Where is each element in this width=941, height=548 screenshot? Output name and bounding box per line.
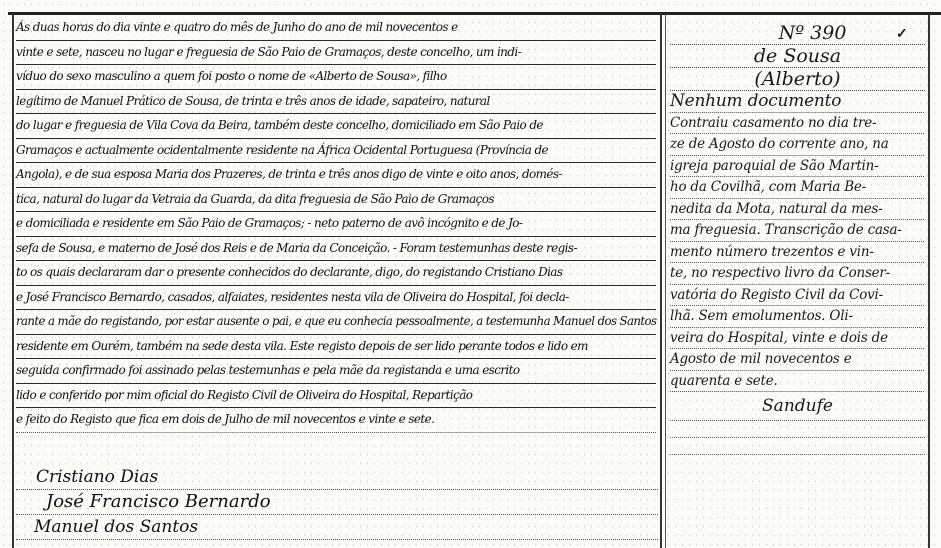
column-divider-inner: [665, 14, 666, 548]
margin-note-line: nedita da Mota, natural da mes-: [670, 199, 924, 221]
margin-note-line: lhã. Sem emolumentos. Oli-: [670, 306, 924, 328]
record-line: to os quais declararam dar o presente co…: [16, 261, 656, 286]
record-number: Nº 390: [670, 22, 925, 45]
right-border: [928, 14, 930, 548]
record-line: Gramaços e actualmente ocidentalmente re…: [16, 139, 656, 164]
record-line: seguida confirmado foi assinado pelas te…: [16, 359, 656, 384]
signature-witness-2: José Francisco Bernardo: [16, 490, 658, 515]
signature-declarant: Manuel dos Santos: [16, 515, 658, 540]
margin-note-line: ho da Covilhã, com Maria Be-: [670, 177, 924, 199]
record-line: sefa de Sousa, e materno de José dos Rei…: [16, 237, 656, 262]
registrar-signature: Sandufe: [670, 392, 925, 421]
record-line: lido e conferido por mim oficial do Regi…: [16, 384, 656, 409]
margin-note-line: ma freguesia. Transcrição de casa-: [670, 220, 924, 242]
record-line: Ás duas horas do dia vinte e quatro do m…: [16, 16, 656, 41]
record-line: e José Francisco Bernardo, casados, alfa…: [16, 286, 656, 311]
margin-note-line: quarenta e sete.: [670, 371, 924, 393]
record-line: tica, natural do lugar da Vetraia da Gua…: [16, 188, 656, 213]
record-line: legítimo de Manuel Prático de Sousa, de …: [16, 90, 656, 115]
record-line: víduo do sexo masculino a quem foi posto…: [16, 65, 656, 90]
blank-line: [670, 438, 925, 455]
record-line: Angola), e de sua esposa Maria dos Praze…: [16, 163, 656, 188]
record-line: residente em Ourém, também na sede desta…: [16, 335, 656, 360]
margin-note-line: ze de Agosto do corrente ano, na: [670, 134, 924, 156]
record-line: do lugar e freguesia de Vila Cova da Bei…: [16, 114, 656, 139]
record-line: e feito do Registo que fica em dois de J…: [16, 408, 656, 433]
record-surname: de Sousa: [670, 45, 925, 68]
margin-note-line: Contraiu casamento no dia tre-: [670, 113, 924, 135]
signature-witness-1: Cristiano Dias: [16, 465, 658, 490]
margin-note-line: vatória do Registo Civil da Covi-: [670, 285, 924, 307]
main-record-text: Ás duas horas do dia vinte e quatro do m…: [16, 16, 658, 433]
record-line: vinte e sete, nasceu no lugar e freguesi…: [16, 41, 656, 66]
margin-note-line: te, no respectivo livro da Conser-: [670, 263, 924, 285]
blank-line: [670, 421, 925, 438]
column-divider: [660, 14, 662, 548]
record-line: e domiciliada e residente em São Paio de…: [16, 212, 656, 237]
left-border: [12, 14, 14, 548]
margin-note-line: igreja paroquial de São Martin-: [670, 156, 924, 178]
margin-note-line: Agosto de mil novecentos e: [670, 349, 924, 371]
record-line: rante a mãe do registando, por estar aus…: [16, 310, 656, 335]
record-given-name: (Alberto): [670, 68, 925, 91]
margin-column: Nº 390 de Sousa (Alberto) Nenhum documen…: [670, 22, 925, 455]
registry-page: Ás duas horas do dia vinte e quatro do m…: [0, 0, 941, 548]
signatures: Cristiano Dias José Francisco Bernardo M…: [16, 465, 658, 540]
margin-note-line: mento número trezentos e vin-: [670, 242, 924, 264]
margin-note-line: Nenhum documento: [670, 91, 924, 113]
top-rule: [8, 12, 941, 15]
margin-note-line: veira do Hospital, vinte e dois de: [670, 328, 924, 350]
